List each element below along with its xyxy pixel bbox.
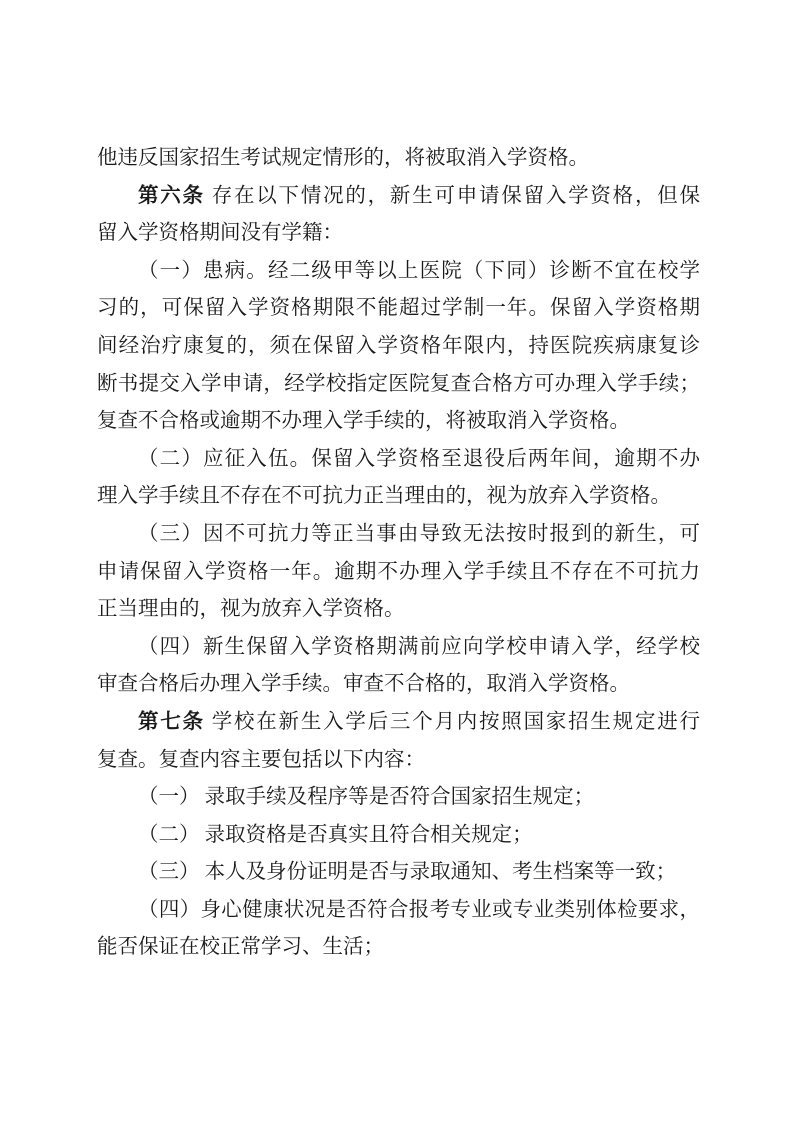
text-line: （四）新生保留入学资格期满前应向学校申请入学，经学校	[97, 629, 700, 667]
text-line: 复查不合格或逾期不办理入学手续的，将被取消入学资格。	[97, 403, 700, 441]
text-line: （四）身心健康状况是否符合报考专业或专业类别体检要求，	[97, 892, 700, 930]
text-line: 他违反国家招生考试规定情形的，将被取消入学资格。	[97, 140, 700, 178]
text-line: （三） 本人及身份证明是否与录取通知、考生档案等一致；	[97, 854, 700, 892]
text-line: （二）应征入伍。保留入学资格至退役后两年间，逾期不办	[97, 441, 700, 479]
document-body: 他违反国家招生考试规定情形的，将被取消入学资格。第六条 存在以下情况的，新生可申…	[97, 140, 700, 967]
text-line: 审查合格后办理入学手续。审查不合格的，取消入学资格。	[97, 666, 700, 704]
article-number: 第七条	[138, 711, 205, 733]
document-page: 他违反国家招生考试规定情形的，将被取消入学资格。第六条 存在以下情况的，新生可申…	[0, 0, 794, 1122]
text-line: 断书提交入学申请，经学校指定医院复查合格方可办理入学手续；	[97, 366, 700, 404]
text-line: 理入学手续且不存在不可抗力正当理由的，视为放弃入学资格。	[97, 478, 700, 516]
article-number: 第六条	[138, 185, 205, 207]
text-line: （三）因不可抗力等正当事由导致无法按时报到的新生，可	[97, 516, 700, 554]
text-line: （一）患病。经二级甲等以上医院（下同）诊断不宜在校学	[97, 253, 700, 291]
text-line: 习的，可保留入学资格期限不能超过学制一年。保留入学资格期	[97, 290, 700, 328]
text-line: （一） 录取手续及程序等是否符合国家招生规定；	[97, 779, 700, 817]
text-line: 申请保留入学资格一年。逾期不办理入学手续且不存在不可抗力	[97, 554, 700, 592]
text-line: 正当理由的，视为放弃入学资格。	[97, 591, 700, 629]
article-heading-line: 第六条 存在以下情况的，新生可申请保留入学资格，但保	[97, 178, 700, 216]
text-line: 能否保证在校正常学习、生活；	[97, 929, 700, 967]
text-line: 留入学资格期间没有学籍：	[97, 215, 700, 253]
text-line: 复查。复查内容主要包括以下内容：	[97, 742, 700, 780]
text-line: （二） 录取资格是否真实且符合相关规定；	[97, 817, 700, 855]
article-heading-line: 第七条 学校在新生入学后三个月内按照国家招生规定进行	[97, 704, 700, 742]
text-line: 间经治疗康复的，须在保留入学资格年限内，持医院疾病康复诊	[97, 328, 700, 366]
